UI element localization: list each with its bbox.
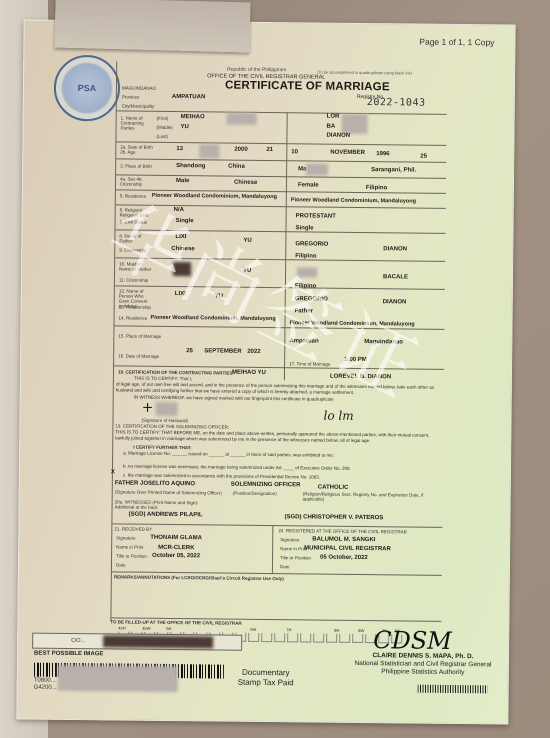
marriage-certificate-document: Page 1 of 1, 1 Copy PSA Republic of the …	[16, 19, 515, 724]
signature-label: (Signature of Husband)	[141, 418, 188, 423]
wife-consent-last: DIANON	[383, 299, 407, 305]
divider	[116, 174, 446, 178]
registry-number: 2022-1043	[367, 97, 426, 109]
psa-seal-icon: PSA	[54, 55, 121, 122]
place-label: 15. Place of Marriage	[118, 333, 161, 338]
husband-consent-last: YU	[215, 293, 223, 299]
divider	[116, 158, 446, 162]
father-label: 8. Name of Father	[119, 233, 153, 243]
received-name: THONAIM GLAMA	[150, 535, 202, 542]
wife-pob-province: Sarangani, Phil.	[371, 167, 416, 173]
registered-name: BALUMOL M. SANGKI	[312, 536, 375, 543]
redacted-region	[297, 267, 317, 277]
wife-sex: Female	[298, 182, 319, 188]
code-label: 8H	[334, 628, 339, 633]
received-signature-label: Signature	[116, 535, 135, 540]
registrar-general-signature: CDSM	[373, 626, 452, 655]
certify-further: I CERTIFY FURTHER THAT:	[133, 445, 191, 451]
code-label: 5H	[166, 626, 171, 631]
husband-father-first: LIXI	[175, 234, 186, 240]
officer-name: FATHER JOSELITO AQUINO	[115, 480, 195, 487]
page-count: Page 1 of 1, 1 Copy	[419, 37, 494, 48]
code-box	[261, 633, 272, 642]
husband-religion: N/A	[174, 207, 184, 213]
reference-box: OO...	[32, 633, 242, 651]
reference-text: OO...	[71, 638, 85, 644]
city-value: AMPATUAN	[172, 94, 206, 100]
code-box	[313, 634, 324, 643]
redacted-region	[341, 114, 367, 134]
last-label: (Last)	[156, 134, 168, 139]
husband-pob-country: China	[228, 164, 245, 170]
column-divider	[284, 112, 288, 380]
wife-age: 25	[420, 154, 427, 160]
redacted-region	[58, 665, 178, 692]
witness-1: (SGD) ANDREWS PILAPIL	[128, 512, 202, 519]
husband-dob-day: 13	[176, 146, 183, 152]
husband-civil-status: Single	[176, 218, 194, 224]
column-divider	[272, 525, 274, 573]
divider	[115, 285, 445, 289]
code-label: 8W	[358, 628, 364, 633]
officer-position: SOLEMNIZING OFFICER	[231, 482, 301, 489]
sex-label: 4a. Sex 4b. Citizenship	[120, 176, 154, 186]
date-day: 25	[186, 348, 193, 354]
time-label: 17. Time of Marriage	[289, 361, 330, 366]
father-citizenship-label: 9. Citizenship	[119, 247, 146, 252]
husband-father-last: YU	[243, 238, 251, 244]
signatory-org: Philippine Statistics Authority	[343, 668, 503, 678]
code-line-2: G4200...	[34, 685, 57, 692]
officer-position-label: (Position/Designation)	[233, 491, 277, 496]
received-date-label: Date	[116, 562, 126, 567]
remarks-label: REMARKS/ANNOTATIONS (For LCRO/OCRG/Shari…	[114, 574, 284, 581]
husband-consent-first: LIXI	[175, 291, 186, 297]
husband-signature: +	[142, 400, 154, 416]
date-year: 2022	[247, 349, 260, 355]
best-possible-image: BEST POSSIBLE IMAGE	[34, 651, 103, 658]
stamp-tax-text: Documentary Stamp Tax Paid	[238, 668, 294, 689]
registered-title-label: Title or Position	[280, 555, 311, 560]
mother-label: 10. Maiden Name of Mother	[119, 261, 153, 271]
registered-label: 22. REGISTERED AT THE OFFICE OF THE CIVI…	[278, 528, 407, 534]
divider	[115, 257, 445, 261]
husband-sex: Male	[176, 178, 189, 184]
registered-title: MUNICIPAL CIVIL REGISTRAR	[304, 545, 391, 552]
wife-middle-name: BA	[327, 124, 336, 130]
code-label: 4bH	[118, 625, 125, 630]
certificate-form: Republic of the Philippines OFFICE OF TH…	[110, 61, 446, 624]
code-label: 7H	[286, 627, 291, 632]
wife-dob-year: 1996	[376, 151, 389, 157]
consent-residence-label: 14. Residence	[119, 315, 148, 320]
security-barcode-icon	[418, 685, 488, 694]
received-date: October 05, 2022	[152, 553, 200, 560]
husband-pob-province: Shandong	[176, 163, 205, 169]
code-box	[274, 633, 285, 642]
wife-first-name: LOR	[327, 114, 340, 120]
redacted-region	[306, 163, 328, 175]
husband-age: 21	[266, 147, 273, 153]
wife-dob-month: NOVEMBER	[330, 150, 365, 156]
middle-label: (Middle)	[157, 125, 173, 130]
code-label: 5W	[250, 627, 256, 632]
officer-religion: CATHOLIC	[318, 485, 349, 491]
option-a: a. Marriage License No. ______ issued on…	[123, 451, 423, 460]
code-box	[339, 634, 350, 643]
divider	[117, 110, 447, 114]
officer-body-text: THIS IS TO CERTIFY: THAT BEFORE ME, on t…	[115, 429, 441, 444]
province-value-top: MAGUINDANAO	[122, 85, 156, 90]
pob-label: 3. Place of Birth	[120, 163, 152, 168]
dob-label: 2a. Date of Birth 2b. Age	[120, 144, 154, 154]
code-box	[326, 634, 337, 643]
certificate-title: CERTIFICATE OF MARRIAGE	[225, 80, 390, 94]
received-label: 21. RECEIVED BY	[114, 526, 152, 531]
received-name-label: Name in Print	[116, 544, 143, 549]
husband-mother-last: YU	[243, 268, 251, 274]
husband-dob-year: 2000	[234, 147, 247, 153]
registered-date-label: Date	[280, 564, 290, 569]
seal-text: PSA	[56, 83, 118, 94]
stamp-tax-line-2: Stamp Tax Paid	[238, 678, 294, 689]
republic-text: Republic of the Philippines	[227, 67, 286, 74]
name-label: 1. Name of Contracting Parties	[121, 115, 155, 130]
wife-full-name: LOREVEL B. DIANON	[330, 374, 391, 381]
husband-first-name: MEIHAO	[181, 114, 205, 120]
code-label: 4bW	[142, 626, 150, 631]
witnesses-label: 20a. WITNESSES (Print Name and Sign): Ad…	[115, 499, 215, 510]
redacted-region	[227, 113, 257, 125]
redacted-region	[199, 144, 219, 158]
code-box	[248, 633, 259, 642]
option-c-check: X	[111, 469, 115, 475]
divider	[116, 141, 446, 145]
control-codes: T0800... G4200...	[34, 678, 57, 692]
wife-residence: Pioneer Woodland Condominium, Mandaluyon…	[291, 197, 416, 204]
wife-last-name: DIANON	[326, 133, 350, 139]
redacted-region	[156, 402, 178, 416]
date-month: SEPTEMBER	[204, 348, 241, 354]
wife-signature: lo lm	[323, 409, 353, 423]
wife-father-first: GREGORIO	[295, 241, 328, 247]
husband-consent-residence: Pioneer Woodland Condominium, Mandaluyon…	[151, 315, 276, 322]
residence-label: 5. Residence	[120, 193, 146, 198]
relationship-label: 13. Relationship	[119, 304, 151, 309]
registered-signature-label: Signature	[280, 537, 299, 542]
mother-citizenship-label: 11. Citizenship	[119, 277, 148, 282]
husband-father-citizenship: Chinese	[171, 246, 194, 252]
option-b: b. no marriage license was necessary, th…	[123, 464, 423, 473]
wife-mother-last: BACALE	[383, 274, 408, 280]
time-value: 1:00 PM	[344, 357, 367, 363]
officer-name-label: (Signature Over Printed Name of Solemniz…	[115, 489, 222, 495]
wife-father-last: DIANON	[383, 246, 407, 252]
registered-date: 05 October, 2022	[320, 555, 368, 561]
first-label: (First)	[157, 116, 169, 121]
religion-label: 6. Religion/ Religious Sect	[120, 207, 154, 217]
certify-text: THIS IS TO CERTIFY: That I,	[134, 376, 192, 382]
divider	[116, 204, 446, 208]
husband-middle-name: YU	[181, 124, 189, 130]
wife-citizenship: Filipino	[366, 185, 387, 191]
civil-status-label: 7. Civil Status	[120, 219, 148, 224]
code-box	[300, 633, 311, 642]
received-title-label: Title or Position	[116, 553, 147, 558]
ink-note: (To be accomplished in quadruplicate usi…	[317, 70, 412, 76]
wife-relationship: Father	[295, 308, 313, 314]
province-label: Province	[122, 94, 140, 99]
divider	[115, 229, 445, 233]
redacted-region	[103, 635, 213, 648]
officer-religion-label: (Religion/Religious Sect, Registry No. a…	[303, 491, 438, 502]
paper-clip-sheet	[54, 0, 250, 53]
city-label: City/Municipality	[122, 103, 155, 108]
stamp-tax-line-1: Documentary	[238, 668, 294, 679]
husband-full-name: MEIHAO YU	[232, 370, 266, 376]
signatory-block: CLAIRE DENNIS S. MAPA, Ph. D. National S…	[343, 652, 503, 678]
wife-dob-day: 10	[291, 149, 298, 155]
place-city: Ampatuan	[289, 338, 318, 344]
husband-citizenship: Chinese	[234, 180, 257, 186]
redacted-region	[173, 262, 191, 276]
wife-religion: PROTESTANT	[296, 213, 336, 219]
code-box	[287, 633, 298, 642]
witness-2: (SGD) CHRISTOPHER V. PATEROS	[284, 514, 383, 521]
code-box	[352, 634, 363, 643]
wife-consent-first: GREGORIO	[295, 296, 328, 302]
received-title: MCR-CLERK	[158, 545, 194, 551]
husband-residence: Pioneer Woodland Condominium, Mandaluyon…	[152, 193, 277, 200]
place-province: Maguindanao	[364, 339, 403, 345]
date-label: 16. Date of Marriage	[118, 353, 159, 358]
